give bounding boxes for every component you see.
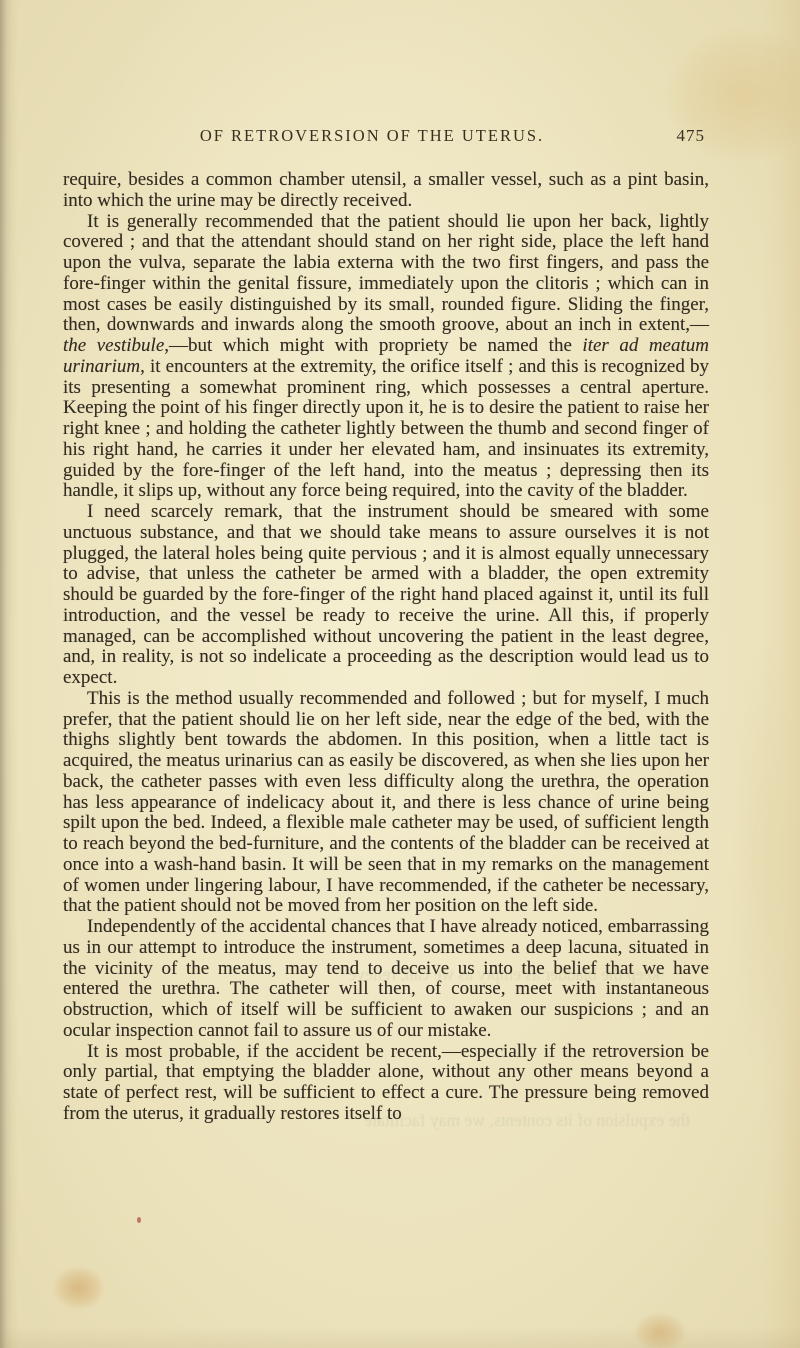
page-edge-shadow-bottom	[0, 1326, 800, 1348]
paragraph-text: This is the method usually recommended a…	[63, 688, 709, 917]
paragraph-text: ,—but which might with propriety be name…	[164, 335, 582, 356]
paragraph: require, besides a common chamber utensi…	[63, 170, 709, 212]
body-text: require, besides a common chamber utensi…	[63, 170, 709, 1125]
page-edge-shadow-right	[760, 0, 800, 1348]
paragraph-text: , it encounters at the extremity, the or…	[63, 356, 709, 502]
paragraph: This is the method usually recommended a…	[63, 689, 709, 917]
page-edge-shadow-left	[0, 0, 18, 1348]
paragraph: I need scarcely remark, that the instrum…	[63, 502, 709, 689]
foxing-stain-bottom-left	[55, 1268, 103, 1308]
paragraph: It is generally recommended that the pat…	[63, 212, 709, 503]
page-title: OF RETROVERSION OF THE UTERUS.	[49, 126, 695, 146]
page-number: 475	[677, 126, 706, 146]
ink-speck	[137, 1217, 141, 1223]
paragraph-text: It is generally recommended that the pat…	[63, 211, 709, 336]
paragraph-text: Independently of the accidental chances …	[63, 916, 709, 1041]
paragraph-text: require, besides a common chamber utensi…	[63, 169, 709, 211]
paragraph-text: It is most probable, if the accident be …	[63, 1041, 709, 1124]
running-header: OF RETROVERSION OF THE UTERUS. 475	[63, 126, 709, 150]
book-page-scan: OF RETROVERSION OF THE UTERUS. 475 requi…	[0, 0, 800, 1348]
paragraph-text: I need scarcely remark, that the instrum…	[63, 501, 709, 688]
paragraph: Independently of the accidental chances …	[63, 917, 709, 1042]
italic-term: the vestibule	[63, 335, 164, 356]
paragraph: It is most probable, if the accident be …	[63, 1042, 709, 1125]
